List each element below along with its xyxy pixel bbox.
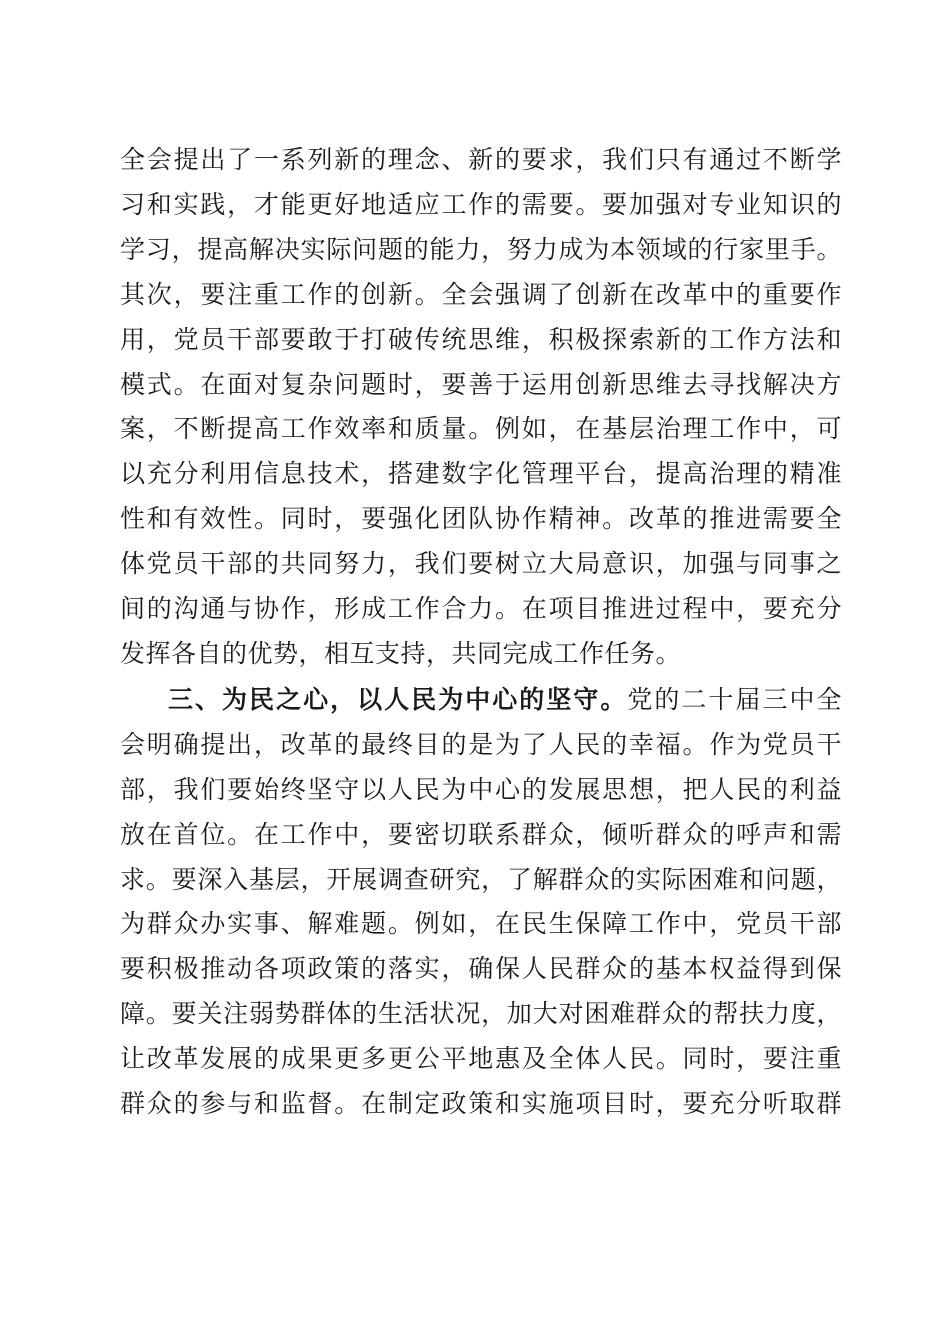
- text-line: 以充分利用信息技术，搭建数字化管理平台，提高治理的精准: [120, 453, 842, 498]
- text-line: 案，不断提高工作效率和质量。例如，在基层治理工作中，可: [120, 408, 842, 453]
- body-text-run: 要积极推动各项政策的落实，确保人民群众的基本权益得到保: [120, 956, 842, 983]
- text-line: 放在首位。在工作中，要密切联系群众，倾听群众的呼声和需: [120, 814, 842, 859]
- document-page: 全会提出了一系列新的理念、新的要求，我们只有通过不断学习和实践，才能更好地适应工…: [0, 0, 950, 1344]
- body-text-run: 为群众办实事、解难题。例如，在民生保障工作中，党员干部: [120, 911, 842, 938]
- text-line: 障。要关注弱势群体的生活状况，加大对困难群众的帮扶力度，: [120, 993, 842, 1038]
- text-line: 三、为民之心，以人民为中心的坚守。党的二十届三中全: [120, 678, 842, 724]
- body-text-run: 习和实践，才能更好地适应工作的需要。要加强对专业知识的: [120, 192, 842, 219]
- body-text-run: 让改革发展的成果更多更公平地惠及全体人民。同时，要注重: [120, 1046, 842, 1073]
- text-line: 群众的参与和监督。在制定政策和实施项目时，要充分听取群: [120, 1083, 842, 1128]
- body-text-run: 性和有效性。同时，要强化团队协作精神。改革的推进需要全: [120, 506, 842, 533]
- body-text-run: 放在首位。在工作中，要密切联系群众，倾听群众的呼声和需: [120, 822, 842, 849]
- text-line: 学习，提高解决实际问题的能力，努力成为本领域的行家里手。: [120, 229, 842, 274]
- text-line: 其次，要注重工作的创新。全会强调了创新在改革中的重要作: [120, 274, 842, 319]
- body-text-run: 学习，提高解决实际问题的能力，努力成为本领域的行家里手。: [120, 237, 842, 264]
- body-text-run: 障。要关注弱势群体的生活状况，加大对困难群众的帮扶力度，: [120, 1001, 842, 1028]
- text-line: 体党员干部的共同努力，我们要树立大局意识，加强与同事之: [120, 543, 842, 588]
- body-text-run: 模式。在面对复杂问题时，要善于运用创新思维去寻找解决方: [120, 372, 842, 399]
- text-line: 会明确提出，改革的最终目的是为了人民的幸福。作为党员干: [120, 724, 842, 769]
- text-line: 求。要深入基层，开展调查研究，了解群众的实际困难和问题，: [120, 859, 842, 904]
- text-line: 部，我们要始终坚守以人民为中心的发展思想，把人民的利益: [120, 769, 842, 814]
- body-text-run: 体党员干部的共同努力，我们要树立大局意识，加强与同事之: [120, 551, 842, 578]
- body-text-run: 求。要深入基层，开展调查研究，了解群众的实际困难和问题，: [120, 867, 842, 894]
- body-text-run: 其次，要注重工作的创新。全会强调了创新在改革中的重要作: [120, 282, 842, 309]
- body-text-run: 会明确提出，改革的最终目的是为了人民的幸福。作为党员干: [120, 732, 842, 759]
- text-line: 让改革发展的成果更多更公平地惠及全体人民。同时，要注重: [120, 1038, 842, 1083]
- text-line: 性和有效性。同时，要强化团队协作精神。改革的推进需要全: [120, 498, 842, 543]
- text-line: 全会提出了一系列新的理念、新的要求，我们只有通过不断学: [120, 139, 842, 184]
- body-text-run: 全会提出了一系列新的理念、新的要求，我们只有通过不断学: [120, 147, 842, 174]
- text-line: 要积极推动各项政策的落实，确保人民群众的基本权益得到保: [120, 948, 842, 993]
- body-text-run: 以充分利用信息技术，搭建数字化管理平台，提高治理的精准: [120, 461, 842, 488]
- body-text-run: 用，党员干部要敢于打破传统思维，积极探索新的工作方法和: [120, 327, 842, 354]
- text-line: 习和实践，才能更好地适应工作的需要。要加强对专业知识的: [120, 184, 842, 229]
- body-text-run: 发挥各自的优势，相互支持，共同完成工作任务。: [120, 641, 681, 668]
- document-body: 全会提出了一系列新的理念、新的要求，我们只有通过不断学习和实践，才能更好地适应工…: [120, 139, 842, 1128]
- body-text-run: 部，我们要始终坚守以人民为中心的发展思想，把人民的利益: [120, 777, 842, 804]
- body-text-run: 间的沟通与协作，形成工作合力。在项目推进过程中，要充分: [120, 596, 842, 623]
- text-line: 发挥各自的优势，相互支持，共同完成工作任务。: [120, 633, 842, 678]
- text-line: 用，党员干部要敢于打破传统思维，积极探索新的工作方法和: [120, 319, 842, 364]
- body-text-run: 群众的参与和监督。在制定政策和实施项目时，要充分听取群: [120, 1091, 842, 1118]
- text-line: 间的沟通与协作，形成工作合力。在项目推进过程中，要充分: [120, 588, 842, 633]
- text-line: 为群众办实事、解难题。例如，在民生保障工作中，党员干部: [120, 903, 842, 948]
- body-text-run: 案，不断提高工作效率和质量。例如，在基层治理工作中，可: [120, 416, 842, 443]
- text-line: 模式。在面对复杂问题时，要善于运用创新思维去寻找解决方: [120, 364, 842, 409]
- section-heading: 三、为民之心，以人民为中心的坚守。: [168, 686, 627, 714]
- body-text-run: 党的二十届三中全: [627, 687, 842, 714]
